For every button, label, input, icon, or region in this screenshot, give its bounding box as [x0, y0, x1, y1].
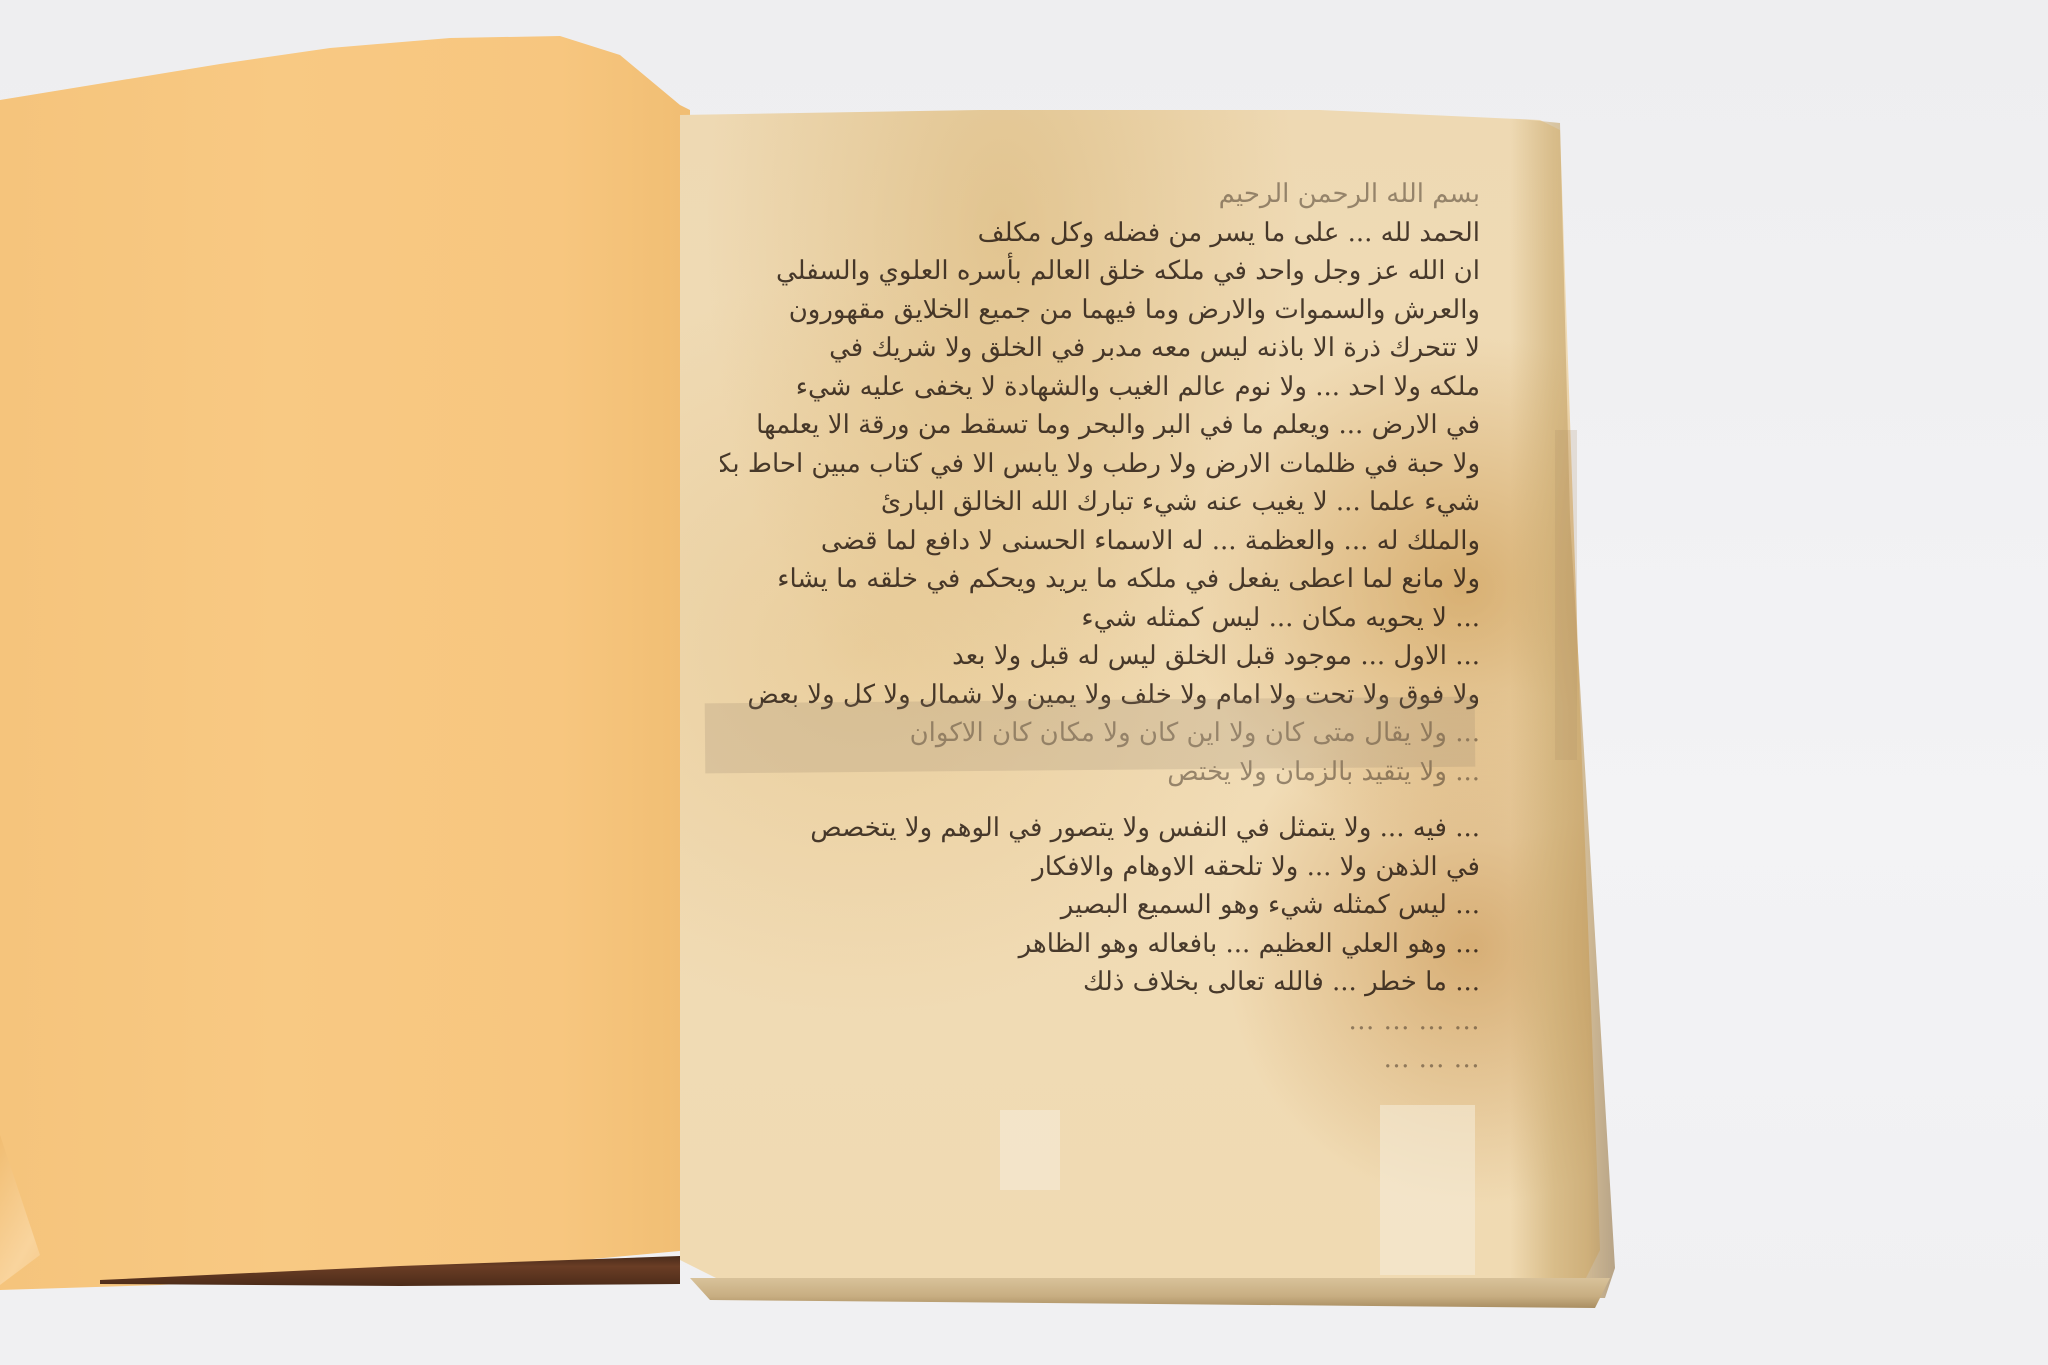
manuscript-line: ... وهو العلي العظيم ... بافعاله وهو الظ… [720, 925, 1480, 964]
blank-orange-page [0, 0, 700, 1290]
manuscript-line: ... ما خطر ... فالله تعالى بخلاف ذلك [720, 963, 1480, 1002]
manuscript-line: ... لا يحويه مكان ... ليس كمثله شيء [720, 599, 1480, 638]
manuscript-line: ... ... ... ... [720, 1002, 1480, 1041]
manuscript-line: ان الله عز وجل واحد في ملكه خلق العالم ب… [720, 252, 1480, 291]
manuscript-line: لا تتحرك ذرة الا باذنه ليس معه مدبر في ا… [720, 329, 1480, 368]
manuscript-line: والعرش والسموات والارض وما فيهما من جميع… [720, 291, 1480, 330]
manuscript-line: شيء علما ... لا يغيب عنه شيء تبارك الله … [720, 483, 1480, 522]
repair-tape [705, 697, 1476, 774]
manuscript-line: في الارض ... ويعلم ما في البر والبحر وما… [720, 406, 1480, 445]
manuscript-text: بسم الله الرحمن الرحيم الحمد لله ... على… [720, 175, 1480, 1079]
manuscript-line: والملك له ... والعظمة ... له الاسماء الح… [720, 522, 1480, 561]
manuscript-line: ولا حبة في ظلمات الارض ولا رطب ولا يابس … [720, 445, 1480, 484]
manuscript-line: ... ... ... [720, 1040, 1480, 1079]
manuscript-line: ملكه ولا احد ... ولا نوم عالم الغيب والش… [720, 368, 1480, 407]
manuscript-line: ... ليس كمثله شيء وهو السميع البصير [720, 886, 1480, 925]
manuscript-line: الحمد لله ... على ما يسر من فضله وكل مكل… [720, 214, 1480, 253]
repair-patch [1380, 1105, 1475, 1275]
repair-tape [1555, 430, 1577, 760]
manuscript-line: في الذهن ولا ... ولا تلحقه الاوهام والاف… [720, 848, 1480, 887]
photo-scene: بسم الله الرحمن الرحيم الحمد لله ... على… [0, 0, 2048, 1365]
manuscript-line: ولا مانع لما اعطى يفعل في ملكه ما يريد و… [720, 560, 1480, 599]
repair-patch [1000, 1110, 1060, 1190]
page-stack-bottom [690, 1278, 1610, 1308]
manuscript-line: ... الاول ... موجود قبل الخلق ليس له قبل… [720, 637, 1480, 676]
manuscript-line: بسم الله الرحمن الرحيم [720, 175, 1480, 214]
manuscript-line: ... فيه ... ولا يتمثل في النفس ولا يتصور… [720, 809, 1480, 848]
